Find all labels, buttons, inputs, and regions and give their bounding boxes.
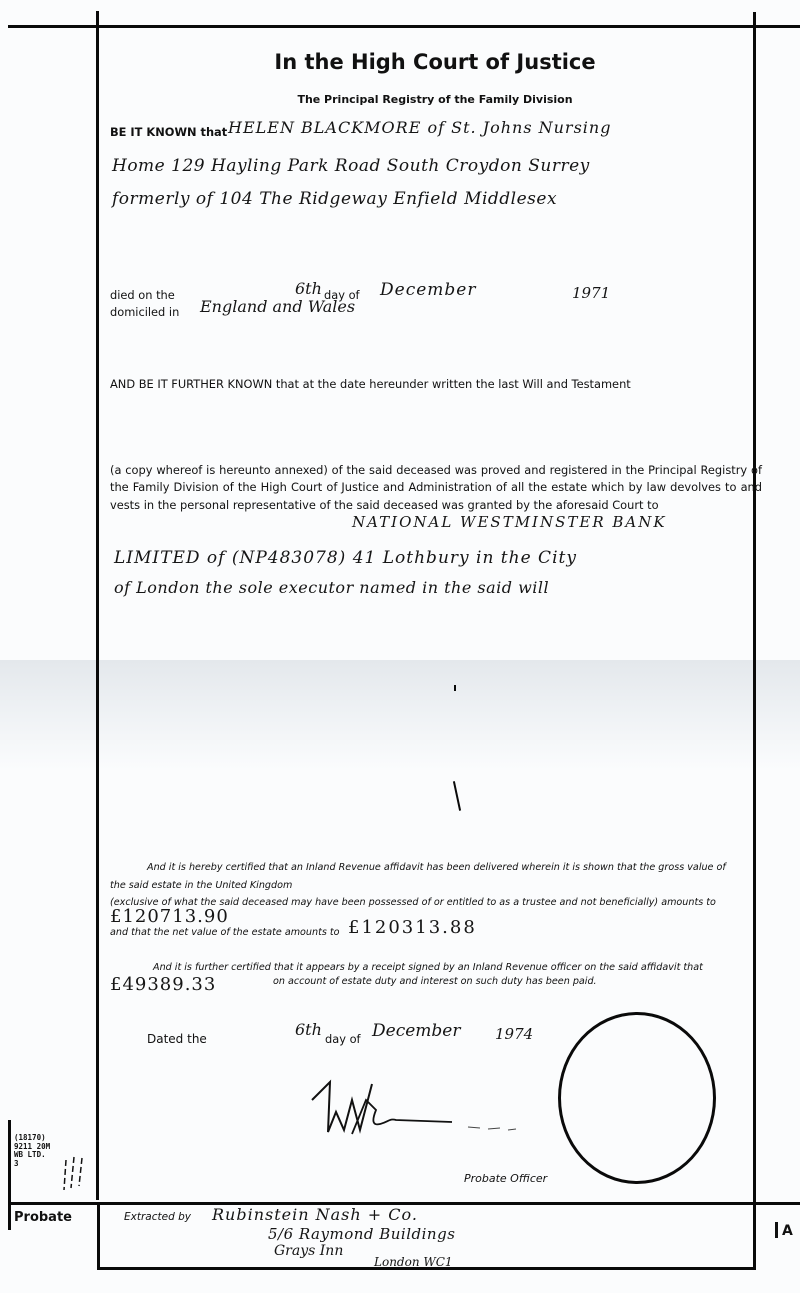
tally-marks [58,1152,98,1202]
net-value-label: and that the net value of the estate amo… [110,927,340,938]
stray-mark [454,685,456,691]
registry-subtitle: The Principal Registry of the Family Div… [97,93,773,106]
side-print-codes: (18170) 9211 20M WB LTD. 3 [14,1134,50,1168]
extracted-by-label: Extracted by [124,1211,191,1223]
stray-mark [453,781,461,811]
probate-officer-label: Probate Officer [464,1172,547,1185]
frame-left-outer-line [8,1120,11,1230]
probate-label: Probate [14,1210,72,1225]
dated-day: 6th [295,1020,322,1039]
domiciled-label: domiciled in [110,305,179,319]
died-on-label: died on the [110,288,175,302]
gross-line-2: the said estate in the United Kingdom [110,880,292,891]
domicile-value: England and Wales [200,297,355,316]
solicitor-address-line-3: London WC1 [374,1255,453,1269]
frame-extract-left [97,1202,100,1270]
form-code-letter: A [782,1223,793,1239]
document-title: In the High Court of Justice [97,50,773,74]
solicitor-address-line-2: Grays Inn [274,1243,343,1259]
be-it-known-label: BE IT KNOWN that [110,125,227,139]
gross-value: £120713.90 [110,906,229,927]
solicitor-address-line-1: 5/6 Raymond Buildings [268,1225,455,1243]
executor-line-3: of London the sole executor named in the… [114,578,549,597]
executor-line-2: LIMITED of (NP483078) 41 Lothbury in the… [114,548,577,568]
death-month: December [380,280,476,300]
frame-top-line [8,25,800,28]
duty-label: on account of estate duty and interest o… [273,976,597,987]
duty-intro-text: And it is further certified that it appe… [153,962,703,973]
frame-left-line [96,12,99,1200]
dated-label: Dated the [147,1032,207,1046]
duty-value: £49389.33 [110,974,216,995]
dated-day-of-label: day of [325,1032,361,1046]
death-year: 1971 [572,284,610,302]
side-print-line: 3 [14,1160,50,1169]
deceased-former-address-line: formerly of 104 The Ridgeway Enfield Mid… [112,189,557,209]
net-value: £120313.88 [348,917,477,938]
dated-month: December [372,1021,460,1041]
paper-fold-shading [0,660,800,770]
frame-right-line [753,12,756,1269]
deceased-address-line: Home 129 Hayling Park Road South Croydon… [112,156,590,176]
gross-intro-text: And it is hereby certified that an Inlan… [147,862,726,873]
executor-line-1: NATIONAL WESTMINSTER BANK [352,513,667,531]
further-known-text: AND BE IT FURTHER KNOWN that at the date… [110,377,631,391]
grant-paragraph-text: (a copy whereof is hereunto annexed) of … [110,463,762,512]
form-code: A [775,1222,793,1239]
solicitor-name: Rubinstein Nash + Co. [212,1205,418,1224]
deceased-name-line: HELEN BLACKMORE of St. Johns Nursing [228,118,611,137]
dated-year: 1974 [495,1025,533,1043]
side-print-line: WB LTD. [14,1151,50,1160]
frame-top-tick [96,11,99,23]
court-seal-circle [558,1012,716,1184]
form-code-bar [775,1222,778,1238]
grant-paragraph: (a copy whereof is hereunto annexed) of … [110,462,762,514]
death-day: 6th [295,279,322,298]
